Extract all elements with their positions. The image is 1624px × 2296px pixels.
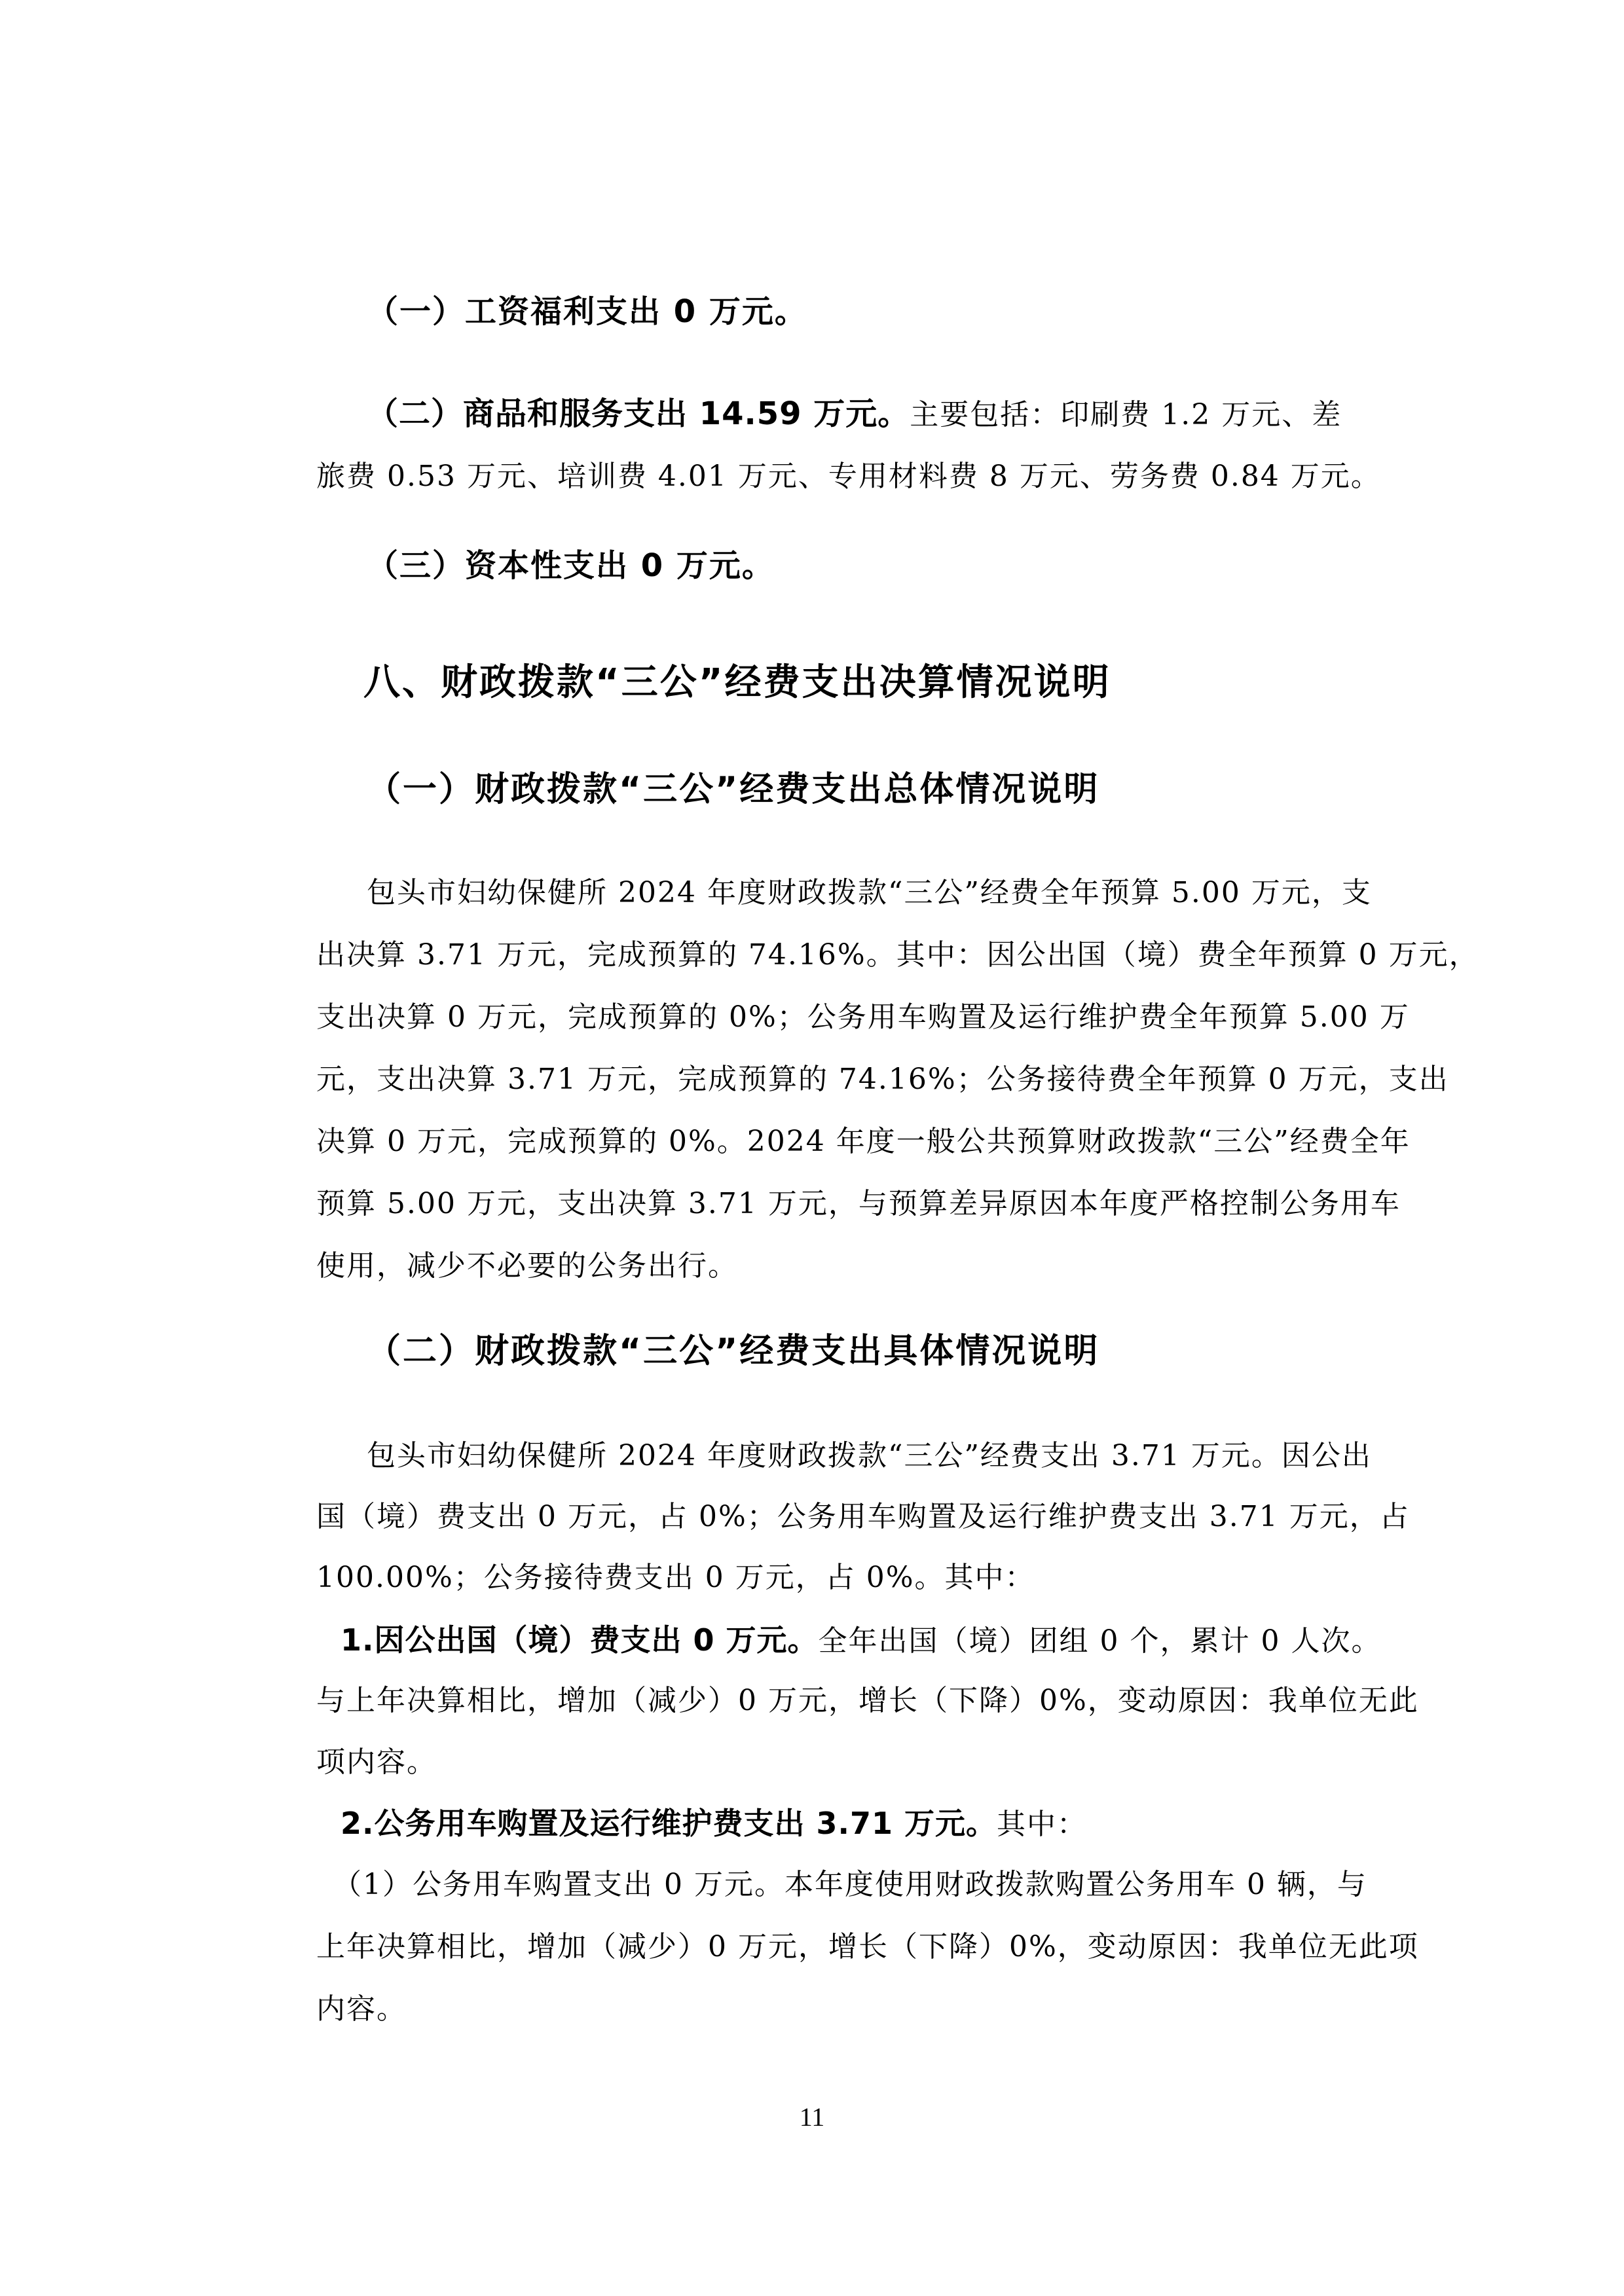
heading-goods-services: （二）商品和服务支出 14.59 万元。 bbox=[367, 395, 910, 432]
heading-wages-expenditure: （一）工资福利支出 0 万元。 bbox=[367, 296, 1480, 327]
paragraph-overall-line-6: 预算 5.00 万元，支出决算 3.71 万元，与预算差异原因本年度严格控制公务… bbox=[316, 1190, 1430, 1218]
subsection-title-specific: （二）财政拨款“三公”经费支出具体情况说明 bbox=[367, 1334, 1480, 1368]
item-overseas-travel-heading: 1.因公出国（境）费支出 0 万元。 bbox=[341, 1622, 819, 1658]
item-vehicle-purchase-line-1: （1）公务用车购置支出 0 万元。本年度使用财政拨款购置公务用车 0 辆，与 bbox=[333, 1870, 1446, 1899]
goods-services-detail: 主要包括：印刷费 1.2 万元、差 bbox=[910, 398, 1342, 431]
paragraph-overall-line-5: 决算 0 万元，完成预算的 0%。2024 年度一般公共预算财政拨款“三公”经费… bbox=[316, 1127, 1430, 1156]
paragraph-specific-line-2: 国（境）费支出 0 万元，占 0%；公务用车购置及运行维护费支出 3.71 万元… bbox=[316, 1503, 1430, 1531]
page-number: 11 bbox=[0, 2102, 1624, 2132]
paragraph-overall-line-2: 出决算 3.71 万元，完成预算的 74.16%。其中：因公出国（境）费全年预算… bbox=[316, 941, 1430, 970]
paragraph-goods-services-line-2: 旅费 0.53 万元、培训费 4.01 万元、专用材料费 8 万元、劳务费 0.… bbox=[316, 462, 1430, 491]
item-vehicle-purchase-line-2: 上年决算相比，增加（减少）0 万元，增长（下降）0%，变动原因：我单位无此项 bbox=[316, 1933, 1430, 1961]
item-official-vehicle-heading: 2.公务用车购置及运行维护费支出 3.71 万元。 bbox=[341, 1806, 997, 1841]
paragraph-overall-line-3: 支出决算 0 万元，完成预算的 0%；公务用车购置及运行维护费全年预算 5.00… bbox=[316, 1003, 1430, 1032]
item-overseas-travel-line-2: 与上年决算相比，增加（减少）0 万元，增长（下降）0%，变动原因：我单位无此 bbox=[316, 1686, 1430, 1715]
paragraph-overall-line-4: 元，支出决算 3.71 万元，完成预算的 74.16%；公务接待费全年预算 0 … bbox=[316, 1065, 1430, 1094]
paragraph-specific-line-1: 包头市妇幼保健所 2024 年度财政拨款“三公”经费支出 3.71 万元。因公出 bbox=[367, 1442, 1480, 1470]
subsection-title-overall: （一）财政拨款“三公”经费支出总体情况说明 bbox=[367, 773, 1480, 807]
paragraph-overall-line-1: 包头市妇幼保健所 2024 年度财政拨款“三公”经费全年预算 5.00 万元，支 bbox=[367, 879, 1480, 907]
item-vehicle-purchase-line-3: 内容。 bbox=[316, 1995, 1430, 2024]
section-title-three-public-expenses: 八、财政拨款“三公”经费支出决算情况说明 bbox=[363, 665, 1477, 701]
paragraph-specific-line-3: 100.00%；公务接待费支出 0 万元，占 0%。其中： bbox=[316, 1563, 1430, 1592]
item-overseas-travel-line-3: 项内容。 bbox=[316, 1748, 1430, 1777]
heading-capital-expenditure: （三）资本性支出 0 万元。 bbox=[367, 550, 1480, 581]
item-overseas-travel-detail: 全年出国（境）团组 0 个，累计 0 人次。 bbox=[819, 1624, 1382, 1658]
paragraph-goods-services-line-1: （二）商品和服务支出 14.59 万元。主要包括：印刷费 1.2 万元、差 bbox=[367, 398, 1480, 429]
item-overseas-travel-line-1: 1.因公出国（境）费支出 0 万元。全年出国（境）团组 0 个，累计 0 人次。 bbox=[341, 1625, 1454, 1656]
document-page: （一）工资福利支出 0 万元。 （二）商品和服务支出 14.59 万元。主要包括… bbox=[0, 0, 1624, 2296]
paragraph-overall-line-7: 使用，减少不必要的公务出行。 bbox=[316, 1252, 1430, 1281]
item-official-vehicle-detail: 其中： bbox=[997, 1808, 1087, 1841]
item-official-vehicle-line-1: 2.公务用车购置及运行维护费支出 3.71 万元。其中： bbox=[341, 1808, 1454, 1839]
